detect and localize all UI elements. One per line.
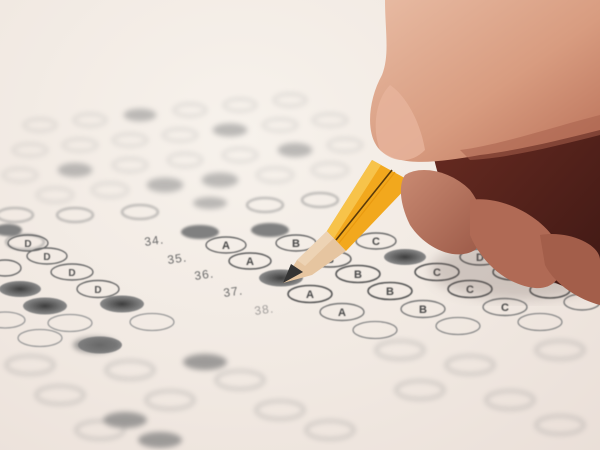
bubble-label: B — [386, 286, 394, 298]
bubble-d: D — [68, 268, 75, 279]
bubble-d: D — [43, 252, 50, 263]
bubble-label: C — [501, 302, 509, 314]
filled-bubble — [384, 249, 426, 265]
question-number: 36. — [193, 266, 214, 283]
pencil — [283, 160, 412, 283]
question-number: 35. — [166, 250, 187, 267]
question-number: 34. — [143, 232, 164, 249]
bubble-d: D — [94, 285, 101, 296]
bubble-label: C — [372, 236, 380, 248]
bubble-label: A — [222, 240, 230, 252]
bubble-label: B — [354, 269, 362, 281]
near-blurred-rows — [6, 337, 584, 448]
bubble-label: A — [338, 307, 346, 319]
filled-bubble — [100, 296, 144, 313]
bubble-d: D — [24, 239, 31, 250]
bubble-label: A — [306, 289, 314, 301]
filled-bubble — [23, 298, 67, 315]
question-number: 38. — [253, 301, 274, 318]
bubble-label: A — [246, 256, 254, 268]
bubble-label: B — [419, 304, 427, 316]
filled-bubble — [0, 281, 41, 297]
answer-sheet-photo: D D D D 34. 35. 36. 37 — [0, 0, 600, 450]
question-number: 37. — [222, 283, 243, 300]
answer-sheet: D D D D 34. 35. 36. 37 — [0, 0, 600, 450]
far-bubble-rows — [3, 94, 362, 209]
bubble-label: B — [292, 238, 300, 250]
